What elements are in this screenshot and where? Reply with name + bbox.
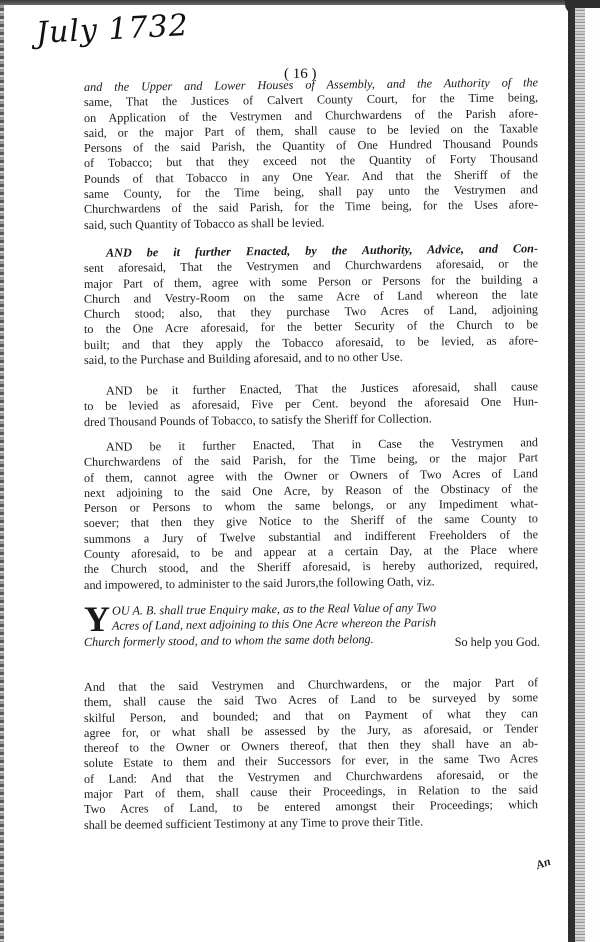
- paragraph-1: and the Upper and Lower Houses of Assemb…: [84, 80, 538, 233]
- paragraph-4: AND be it further Enacted, That in Case …: [84, 440, 538, 593]
- book-binding-edge: [575, 8, 585, 942]
- scan-left-edge: [0, 5, 4, 942]
- book-binding-shadow: [568, 8, 575, 942]
- scan-margin: [585, 8, 600, 942]
- paragraph-3: AND be it further Enacted, That the Just…: [84, 384, 538, 430]
- oath-block: Y OU A. B. shall true Enquiry make, as t…: [84, 604, 540, 650]
- paragraph-2: AND be it further Enacted, by the Author…: [84, 246, 538, 368]
- paragraph-final: And that the said Vestrymen and Churchwa…: [84, 680, 538, 833]
- handwritten-date: July 1732: [35, 8, 189, 51]
- catchword: An: [534, 854, 553, 873]
- oath-closing: So help you God.: [455, 635, 540, 650]
- text-line: said, to the Purchase and Building afore…: [84, 348, 538, 368]
- scan-top-edge: [0, 0, 600, 5]
